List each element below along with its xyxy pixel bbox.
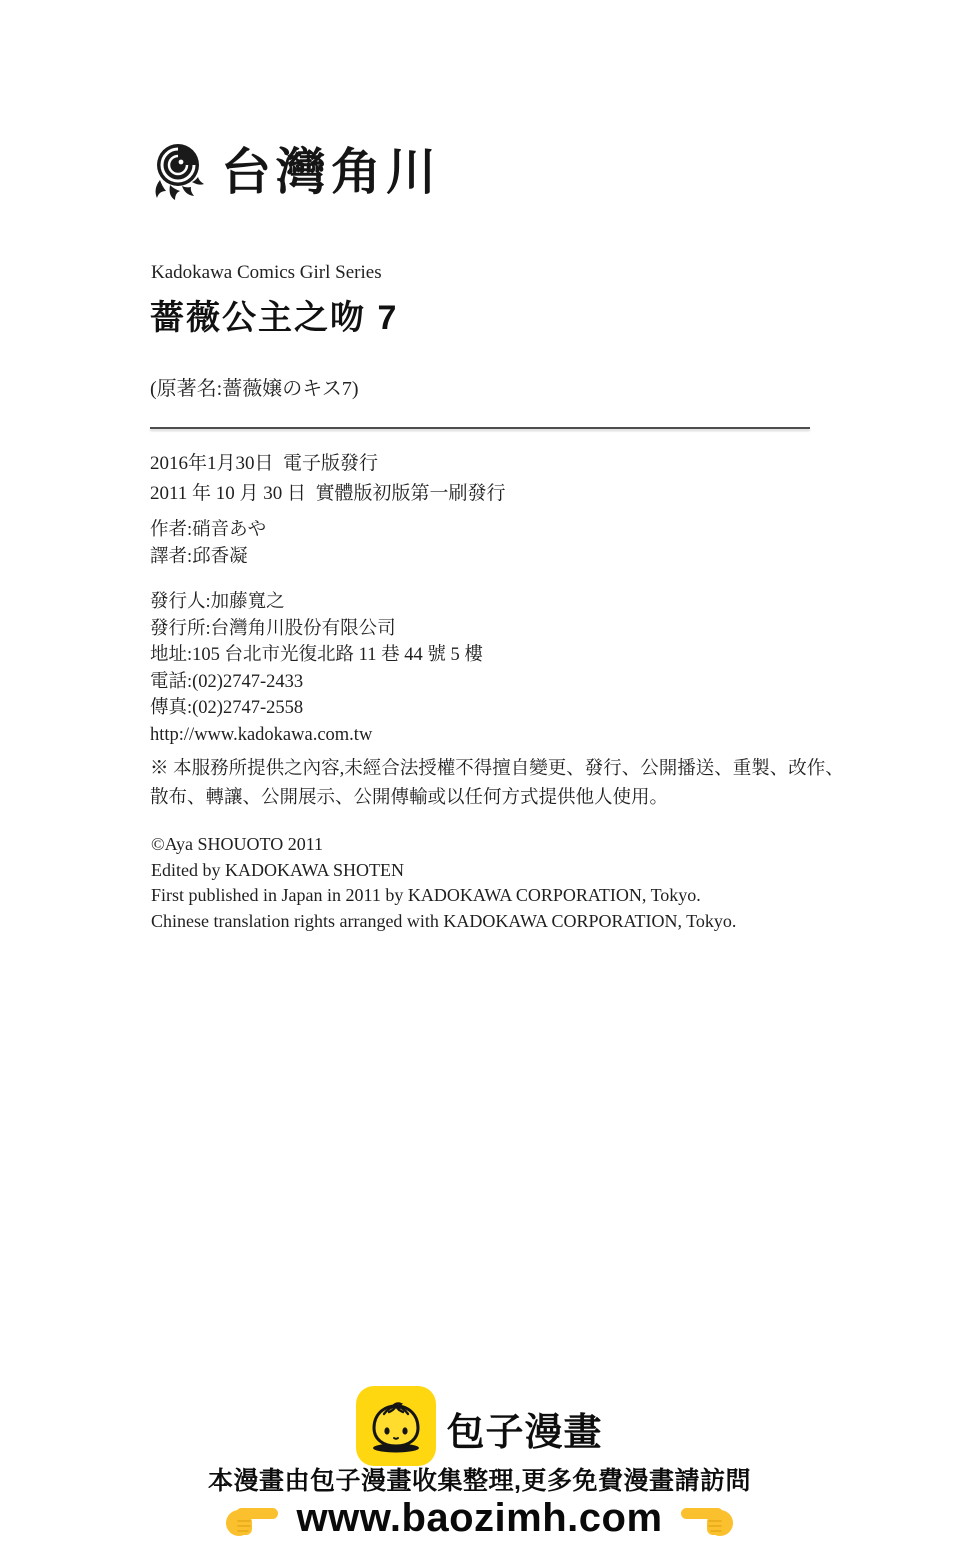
colophon-line: First published in Japan in 2011 by KADO… bbox=[151, 883, 736, 909]
colophon-line: Chinese translation rights arranged with… bbox=[151, 909, 736, 935]
credits: 作者:硝音あや 譯者:邱香凝 bbox=[150, 517, 266, 571]
colophon-line: 散布、轉讓、公開展示、公開傳輸或以任何方式提供他人使用。 bbox=[150, 784, 844, 813]
colophon-line: 2011 年 10 月 30 日 實體版初版第一刷發行 bbox=[150, 479, 506, 509]
colophon-line: ※ 本服務所提供之內容,未經合法授權不得擅自變更、發行、公開播送、重製、改作、 bbox=[150, 755, 844, 784]
publisher-logo: 台灣角川 bbox=[147, 140, 441, 204]
baozimh-brand: 包子漫畫 bbox=[0, 1386, 959, 1471]
footer-tagline: 本漫畫由包子漫畫收集整理,更多免費漫畫請訪問 bbox=[0, 1461, 959, 1497]
colophon-line: 2016年1月30日 電子版發行 bbox=[150, 449, 506, 479]
legal-notice: ※ 本服務所提供之內容,未經合法授權不得擅自變更、發行、公開播送、重製、改作、 … bbox=[150, 755, 844, 813]
publisher-website-text: http://www.kadokawa.com.tw bbox=[150, 722, 483, 749]
colophon-line: 譯者:邱香凝 bbox=[150, 544, 266, 571]
book-title: 薔薇公主之吻 7 bbox=[150, 290, 398, 339]
publisher-info: 發行人:加藤寬之 發行所:台灣角川股份有限公司 地址:105 台北市光復北路 1… bbox=[150, 589, 483, 748]
copyright-block: ©Aya SHOUOTO 2011 Edited by KADOKAWA SHO… bbox=[151, 832, 736, 934]
baozi-bun-icon bbox=[356, 1386, 436, 1471]
colophon-line: 作者:硝音あや bbox=[150, 517, 266, 544]
brand-name: 包子漫畫 bbox=[446, 1401, 602, 1456]
colophon-line: 傳真:(02)2747-2558 bbox=[150, 695, 483, 722]
colophon-line: 發行所:台灣角川股份有限公司 bbox=[150, 616, 483, 643]
colophon-line: 發行人:加藤寬之 bbox=[150, 589, 483, 616]
colophon-line: 地址:105 台北市光復北路 11 巷 44 號 5 樓 bbox=[150, 642, 483, 669]
colophon-line: Edited by KADOKAWA SHOTEN bbox=[151, 858, 736, 884]
footer-url-row: www.baozimh.com bbox=[0, 1496, 959, 1541]
edition-dates: 2016年1月30日 電子版發行 2011 年 10 月 30 日 實體版初版第… bbox=[150, 449, 506, 509]
pointing-right-hand-icon bbox=[222, 1499, 280, 1539]
footer-url-text: www.baozimh.com bbox=[296, 1496, 662, 1541]
colophon-page: 台灣角川 Kadokawa Comics Girl Series 薔薇公主之吻 … bbox=[0, 0, 959, 1560]
series-label: Kadokawa Comics Girl Series bbox=[151, 262, 382, 284]
pointing-left-hand-icon bbox=[679, 1499, 737, 1539]
colophon-line: 電話:(02)2747-2433 bbox=[150, 669, 483, 696]
colophon-line: ©Aya SHOUOTO 2011 bbox=[151, 832, 736, 858]
divider-rule bbox=[150, 427, 810, 429]
kadokawa-phoenix-icon bbox=[147, 140, 213, 204]
publisher-logo-text: 台灣角川 bbox=[221, 147, 441, 197]
original-title: (原著名:薔薇嬢のキス7) bbox=[150, 372, 358, 401]
